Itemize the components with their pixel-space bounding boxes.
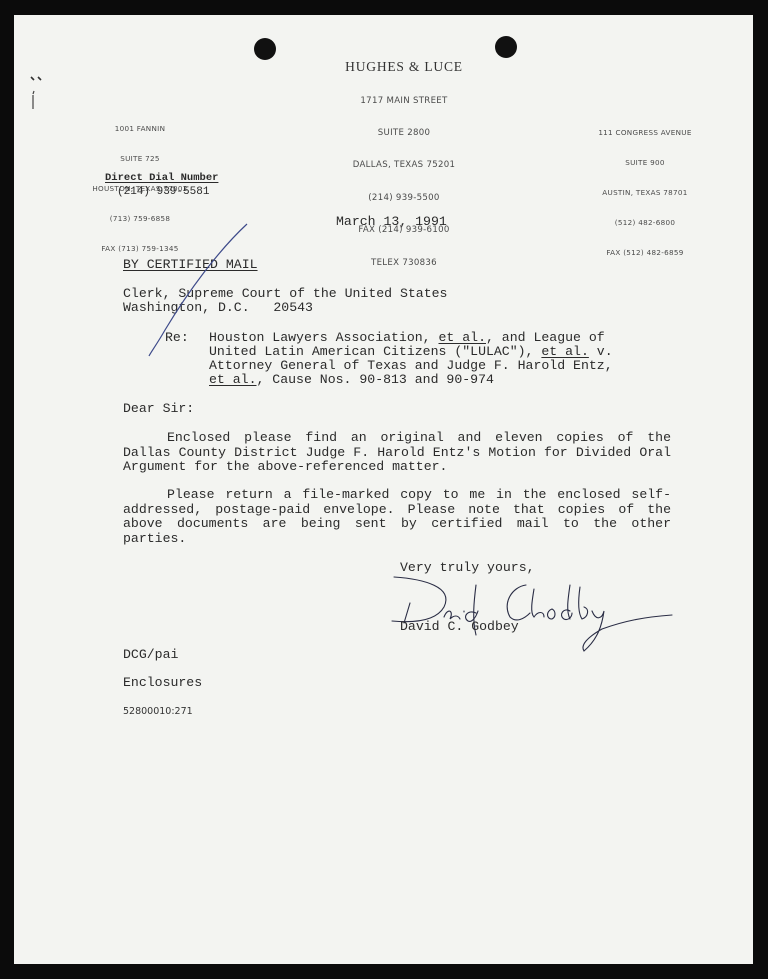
stray-marks xyxy=(28,35,68,115)
houston-suite: SUITE 725 xyxy=(70,154,210,164)
austin-city: AUSTIN, TEXAS 78701 xyxy=(580,188,710,198)
dallas-city: DALLAS, TEXAS 75201 xyxy=(304,160,504,171)
austin-suite: SUITE 900 xyxy=(580,158,710,168)
punch-hole-left xyxy=(254,38,276,60)
signatory-name: David C. Godbey xyxy=(400,620,519,635)
dallas-street: 1717 MAIN STREET xyxy=(304,96,504,107)
letter-date: March 13, 1991 xyxy=(336,215,447,230)
re-text: v. xyxy=(589,344,613,359)
austin-phone: (512) 482-6800 xyxy=(580,218,710,228)
punch-hole-right xyxy=(495,36,517,58)
pen-stroke-mark xyxy=(139,220,259,360)
et-al: et al. xyxy=(439,330,486,345)
letter-page: HUGHES & LUCE 1717 MAIN STREET SUITE 280… xyxy=(14,15,753,964)
houston-street: 1001 FANNIN xyxy=(70,124,210,134)
re-text: , and League of xyxy=(486,330,605,345)
dallas-telex: TELEX 730836 xyxy=(304,258,504,269)
document-id: 52800010:271 xyxy=(123,706,193,717)
austin-street: 111 CONGRESS AVENUE xyxy=(580,128,710,138)
enclosures-note: Enclosures xyxy=(123,676,202,691)
typist-initials: DCG/pai xyxy=(123,648,178,663)
dallas-phone: (214) 939-5500 xyxy=(304,193,504,204)
dallas-office-address: 1717 MAIN STREET SUITE 2800 DALLAS, TEXA… xyxy=(304,74,504,290)
direct-dial-number: (214) 939-5581 xyxy=(117,186,209,198)
firm-name: HUGHES & LUCE xyxy=(304,59,504,75)
paragraph-1: Enclosed please find an original and ele… xyxy=(123,431,671,475)
austin-office-address: 111 CONGRESS AVENUE SUITE 900 AUSTIN, TE… xyxy=(580,108,710,278)
re-line-4: et al., Cause Nos. 90-813 and 90-974 xyxy=(209,373,494,388)
paragraph-2: Please return a file-marked copy to me i… xyxy=(123,488,671,546)
re-text: , Cause Nos. 90-813 and 90-974 xyxy=(256,372,493,387)
handwritten-signature xyxy=(384,565,674,660)
salutation: Dear Sir: xyxy=(123,402,194,417)
austin-fax: FAX (512) 482-6859 xyxy=(580,248,710,258)
et-al: et al. xyxy=(541,344,588,359)
dallas-suite: SUITE 2800 xyxy=(304,128,504,139)
et-al: et al. xyxy=(209,372,256,387)
direct-dial-label: Direct Dial Number xyxy=(105,172,218,184)
